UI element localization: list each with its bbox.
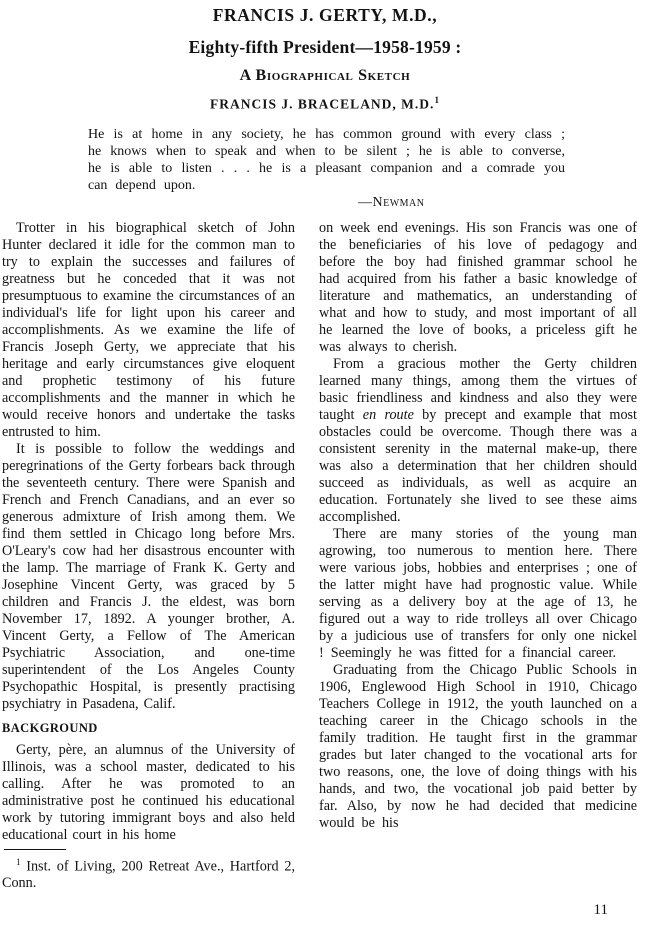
right-column: on week end evenings. His son Francis wa… xyxy=(319,220,637,893)
right-column-text: on week end evenings. His son Francis wa… xyxy=(319,220,637,832)
article-title-name: FRANCIS J. GERTY, M.D., xyxy=(0,5,650,26)
epigraph-attribution: —Newman xyxy=(358,194,565,211)
paragraph: There are many stories of the young man … xyxy=(319,526,637,662)
document-page: FRANCIS J. GERTY, M.D., Eighty-fifth Pre… xyxy=(0,0,650,927)
paragraph: Graduating from the Chicago Public Schoo… xyxy=(319,662,637,832)
page-number: 11 xyxy=(594,902,608,919)
two-column-body: Trotter in his biographical sketch of Jo… xyxy=(0,220,650,893)
article-header: FRANCIS J. GERTY, M.D., Eighty-fifth Pre… xyxy=(0,0,650,113)
paragraph: on week end evenings. His son Francis wa… xyxy=(319,220,637,356)
author-footnote-marker: 1 xyxy=(434,95,440,105)
left-column: Trotter in his biographical sketch of Jo… xyxy=(2,220,295,893)
epigraph-quote: He is at home in any society, he has com… xyxy=(88,126,565,211)
footnote-text: 1 Inst. of Living, 200 Retreat Ave., Har… xyxy=(2,854,295,893)
epigraph-text: He is at home in any society, he has com… xyxy=(88,126,565,194)
section-heading: BACKGROUND xyxy=(2,721,295,736)
article-title-presidency: Eighty-fifth President—1958-1959 : xyxy=(0,37,650,58)
paragraph: From a gracious mother the Gerty childre… xyxy=(319,356,637,526)
left-column-text: Trotter in his biographical sketch of Jo… xyxy=(2,220,295,844)
footnote-rule xyxy=(4,849,66,850)
paragraph: Trotter in his biographical sketch of Jo… xyxy=(2,220,295,441)
footnote-body: Inst. of Living, 200 Retreat Ave., Hartf… xyxy=(2,858,295,891)
article-subtitle: A Biographical Sketch xyxy=(0,67,650,85)
author-name: FRANCIS J. BRACELAND, M.D. xyxy=(210,97,434,112)
author-byline: FRANCIS J. BRACELAND, M.D.1 xyxy=(0,95,650,113)
footnote: 1 Inst. of Living, 200 Retreat Ave., Har… xyxy=(2,849,295,893)
paragraph: It is possible to follow the weddings an… xyxy=(2,441,295,713)
paragraph: Gerty, père, an alumnus of the Universit… xyxy=(2,742,295,844)
